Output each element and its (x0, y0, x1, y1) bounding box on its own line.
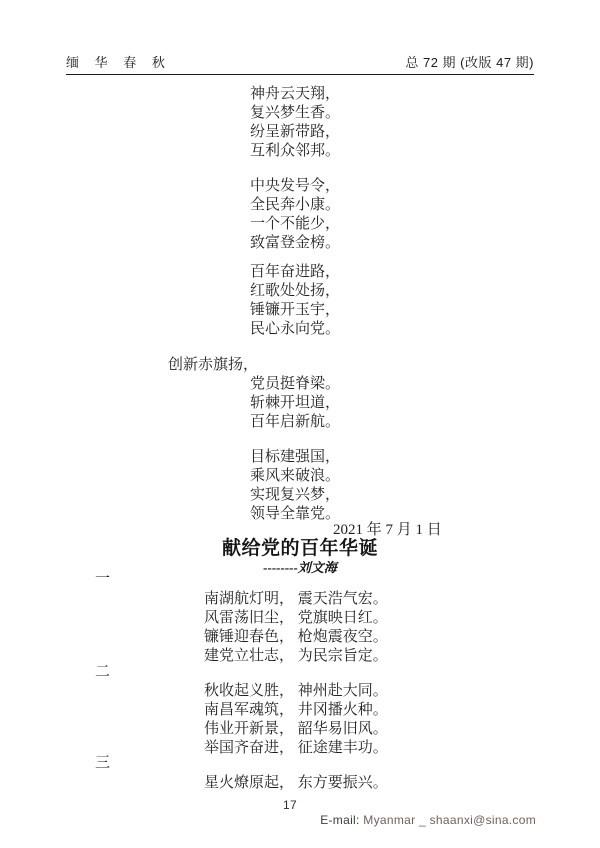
section-marker: 二 (95, 663, 110, 682)
email-label: E-mail: (320, 813, 363, 827)
poem-line: 领导全靠党。 (250, 505, 340, 524)
poem-line: 神舟云天翔， (250, 85, 340, 104)
poem-line: 星火燎原起， 东方要振兴。 (204, 774, 388, 793)
poem-line: 乘风来破浪。 (250, 467, 340, 486)
section-marker: 一 (95, 570, 110, 589)
poem-line: 党员挺脊梁。 (250, 375, 340, 394)
poem-line: 斩棘开坦道， (250, 394, 340, 413)
poem-line: 举国齐奋进， 征途建丰功。 (204, 739, 388, 758)
stanza: 目标建强国， 乘风来破浪。 实现复兴梦， 领导全靠党。 (250, 448, 340, 524)
poem-line: 实现复兴梦， (250, 486, 340, 505)
journal-title: 缅 华 春 秋 (66, 52, 171, 71)
poem-line: 创新赤旗扬， (168, 356, 340, 375)
poem-line: 互利众邻邦。 (250, 142, 340, 161)
email-address: Myanmar _ shaanxi@sina.com (363, 813, 536, 827)
poem-line: 目标建强国， (250, 448, 340, 467)
poem-line: 建党立壮志， 为民宗旨定。 (204, 647, 388, 666)
stanza: 中央发号令， 全民奔小康。 一个不能少， 致富登金榜。 (250, 177, 340, 253)
poem-line: 锤镰开玉宇， (250, 301, 340, 320)
poem-line: 南湖航灯明， 震天浩气宏。 (204, 590, 388, 609)
poem-section: 秋收起义胜， 神州赴大同。 南昌军魂筑， 井冈播火种。 伟业开新景， 韶华易旧风… (204, 682, 388, 758)
poem-line: 民心永向党。 (250, 320, 340, 339)
poem-author: --------刘文海 (66, 560, 534, 576)
footer-email: E-mail: Myanmar _ shaanxi@sina.com (306, 798, 536, 843)
section-marker: 三 (95, 754, 110, 773)
stanza: 百年奋进路， 红歌处处扬， 锤镰开玉宇， 民心永向党。 (250, 263, 340, 339)
poem-line: 致富登金榜。 (250, 234, 340, 253)
poem-line: 红歌处处扬， (250, 282, 340, 301)
poem-title: 献给党的百年华诞 (66, 538, 534, 560)
magazine-page: 缅 华 春 秋 总 72 期 (改版 47 期) 神舟云天翔， 复兴梦生香。 纷… (0, 0, 600, 848)
poem-line: 风雷荡旧尘， 党旗映日红。 (204, 609, 388, 628)
poem-section: 南湖航灯明， 震天浩气宏。 风雷荡旧尘， 党旗映日红。 镰锤迎春色， 枪炮震夜空… (204, 590, 388, 666)
poem-line: 全民奔小康。 (250, 196, 340, 215)
poem-line: 镰锤迎春色， 枪炮震夜空。 (204, 628, 388, 647)
poem-line: 百年奋进路， (250, 263, 340, 282)
poem-line: 中央发号令， (250, 177, 340, 196)
issue-number: 总 72 期 (改版 47 期) (405, 52, 534, 71)
stanza: 创新赤旗扬， 党员挺脊梁。 斩棘开坦道， 百年启新航。 (250, 356, 340, 432)
poem-line: 南昌军魂筑， 井冈播火种。 (204, 701, 388, 720)
poem-line: 复兴梦生香。 (250, 104, 340, 123)
poem-line: 伟业开新景， 韶华易旧风。 (204, 720, 388, 739)
poem-line: 一个不能少， (250, 215, 340, 234)
stanza: 神舟云天翔， 复兴梦生香。 纷呈新带路， 互利众邻邦。 (250, 85, 340, 161)
page-header: 缅 华 春 秋 总 72 期 (改版 47 期) (66, 52, 534, 75)
poem-section: 星火燎原起， 东方要振兴。 (204, 774, 388, 793)
poem-line: 百年启新航。 (250, 413, 340, 432)
poem-line: 纷呈新带路， (250, 123, 340, 142)
poem-line: 秋收起义胜， 神州赴大同。 (204, 682, 388, 701)
page-number: 17 (283, 798, 297, 813)
